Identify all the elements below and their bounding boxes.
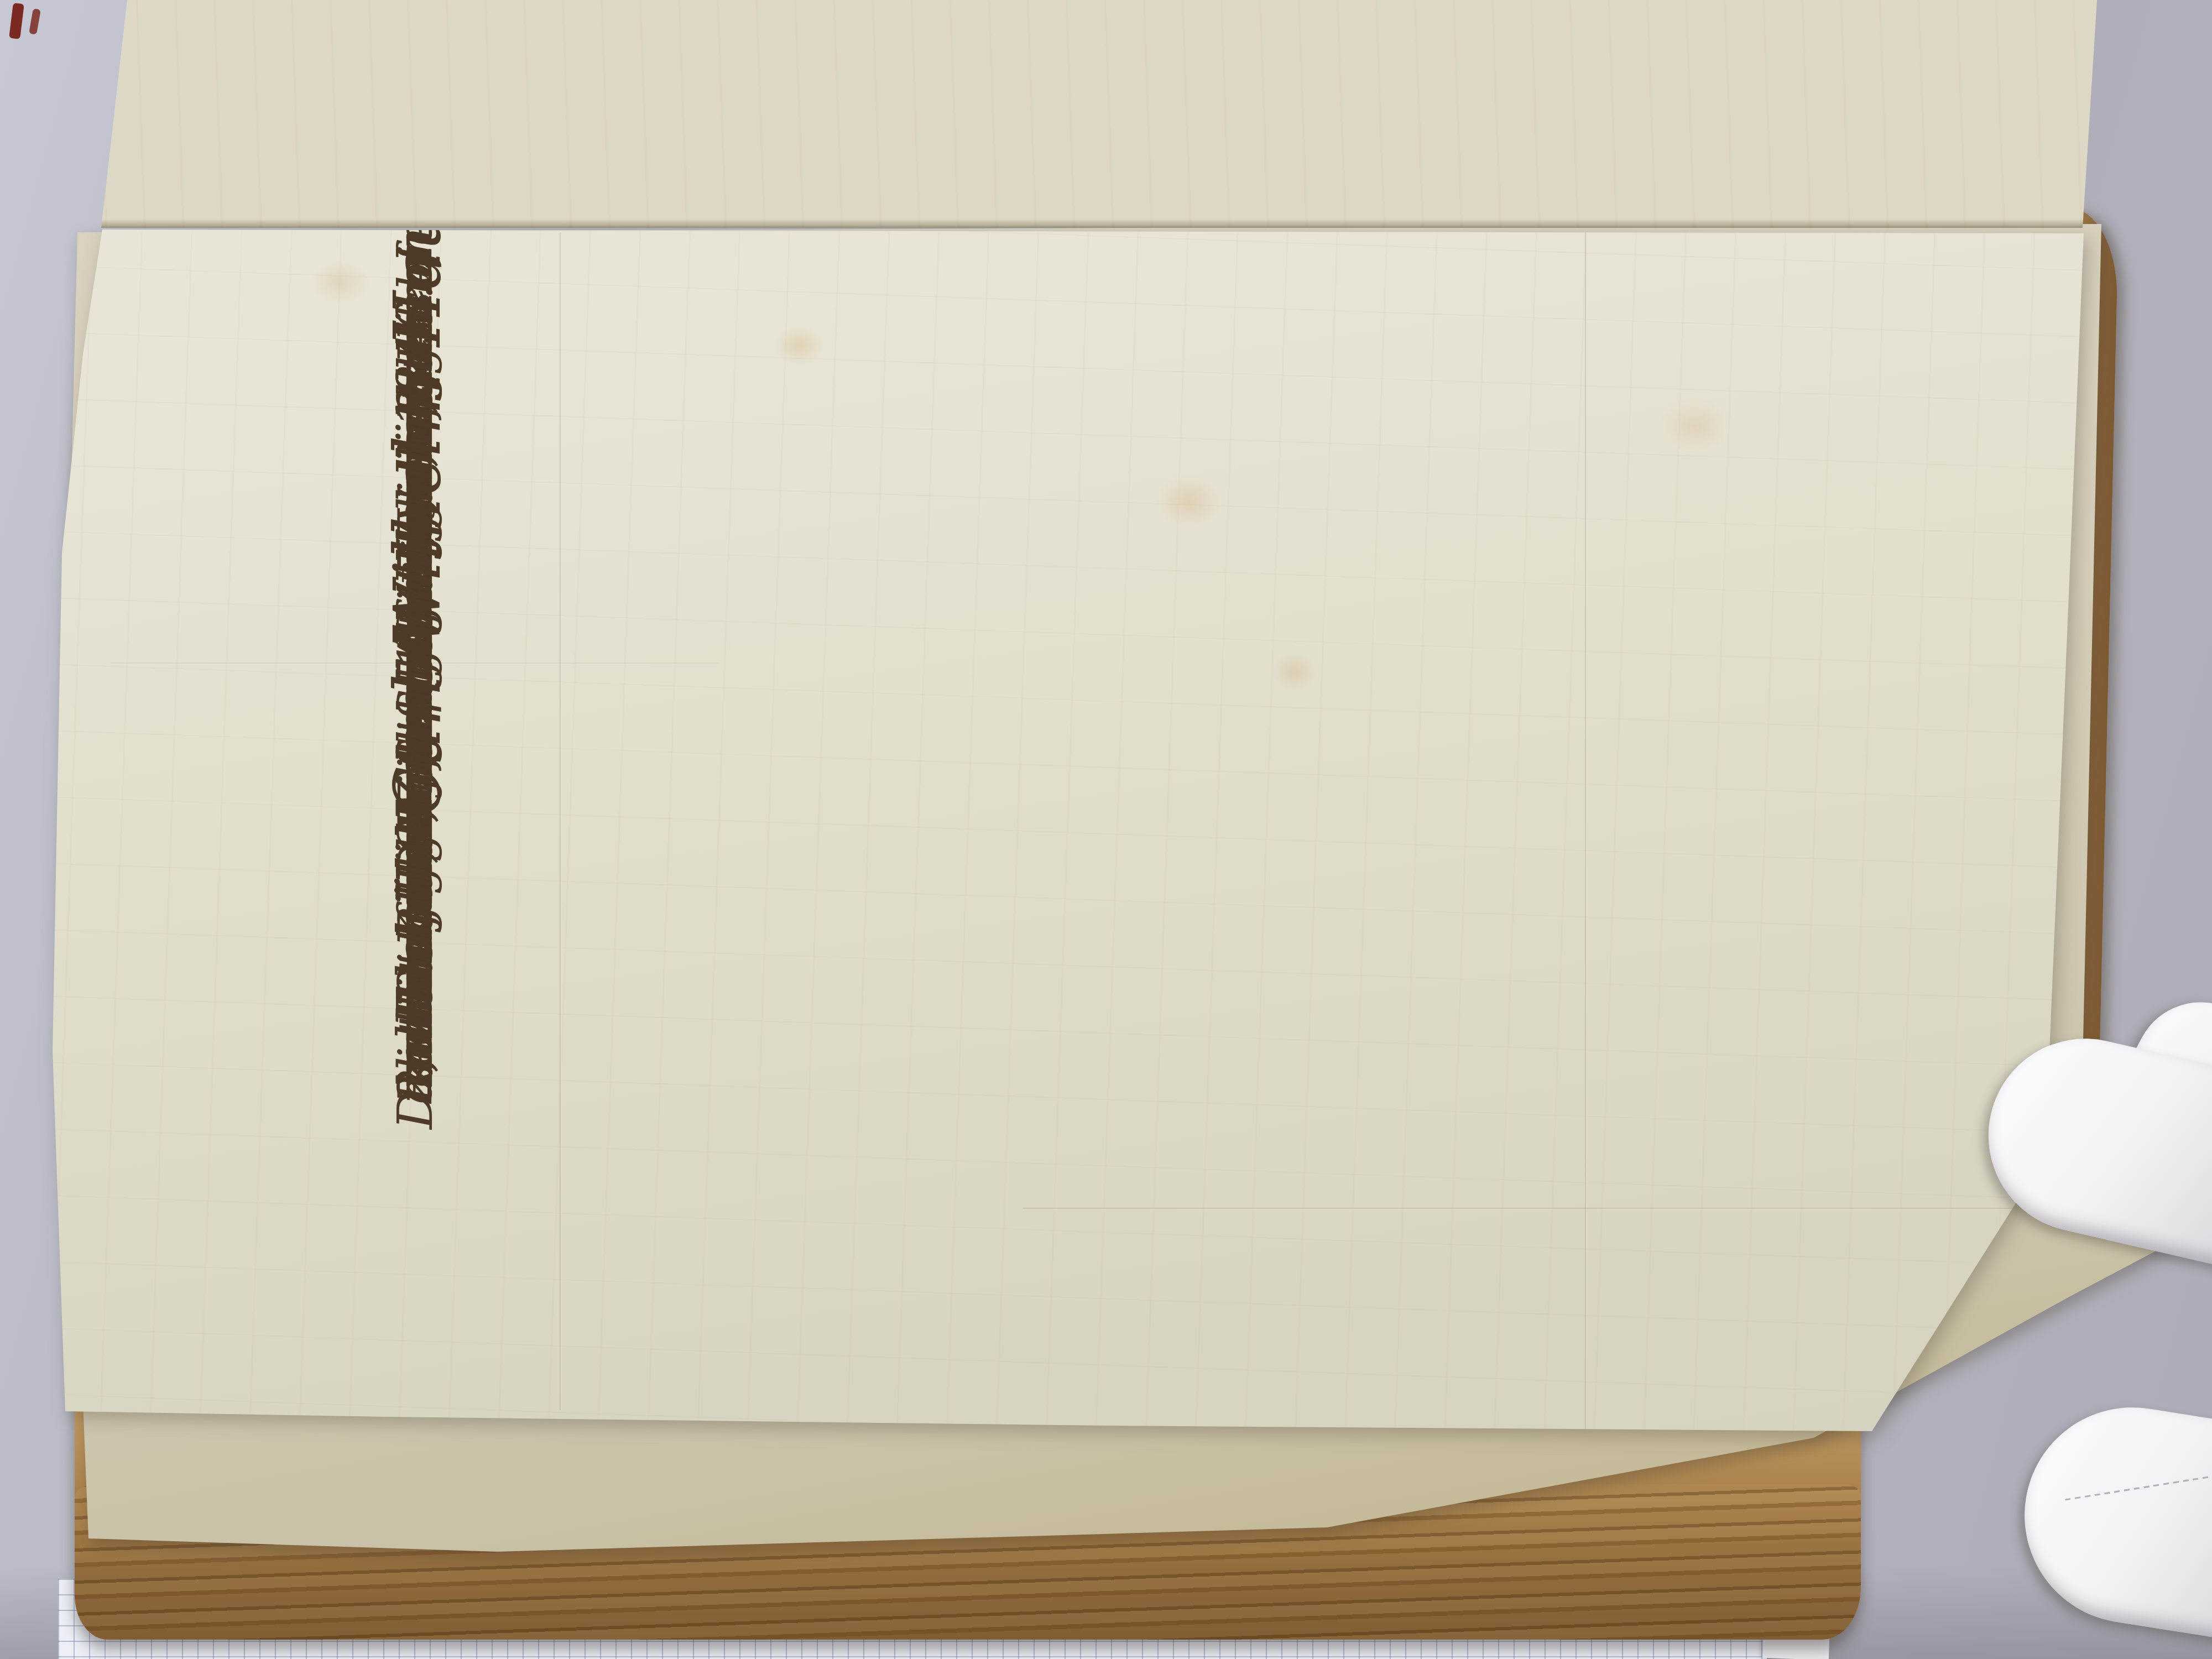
- archive-photo: sich in nächster Anzeige über solche zu …: [0, 0, 2212, 1659]
- letter-page: sich in nächster Anzeige über solche zu …: [0, 0, 2212, 1659]
- fold-crease-vertical: [1585, 228, 1587, 1431]
- fold-crease-horizontal: [1023, 1208, 2041, 1210]
- manuscript-signature-title: Bürgermeister: [387, 317, 444, 586]
- manuscript-rotated-block: sich in nächster Anzeige über solche zu …: [387, 238, 1300, 1134]
- manuscript-text: sich in nächster Anzeige über solche zu …: [387, 238, 1300, 1134]
- glove-seam: [2065, 1463, 2212, 1501]
- letter-page-shadow: sich in nächster Anzeige über solche zu …: [0, 0, 2212, 1659]
- pink-edge-stain: [0, 553, 40, 614]
- foxing-stain: [310, 260, 371, 304]
- foxing-stain: [1659, 398, 1731, 453]
- leaf-fold-edge: [94, 219, 2085, 228]
